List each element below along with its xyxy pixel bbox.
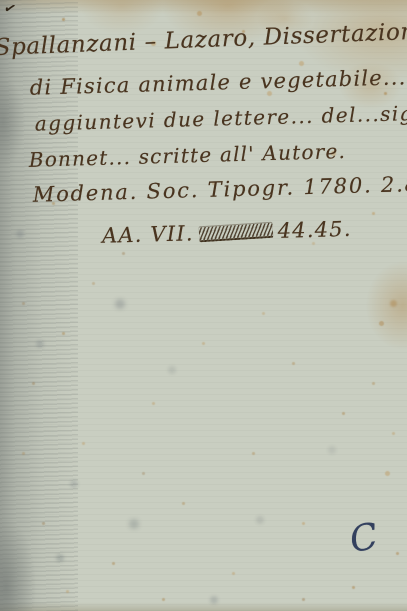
manuscript-page: ✓ Spallanzani – Lazaro, Dissertazioni; d…	[0, 0, 407, 611]
entry-imprint-line: Modena. Soc. Tipogr. 1780. 2.8:	[33, 172, 407, 207]
entry-title-line-4: Bonnet... scritte all' Autore.	[29, 139, 347, 172]
gray-smudges	[0, 0, 4, 4]
shelfmark-prefix: AA. VII.	[102, 221, 194, 248]
entry-author-title-line: Spallanzani – Lazaro, Dissertazioni;	[0, 18, 407, 61]
shelfmark-line: AA. VII.44.45.	[102, 217, 352, 248]
struck-out-shelfmark	[198, 223, 273, 243]
entry-title-line-3: aggiuntevi due lettere... del...sig.	[35, 101, 407, 136]
shelfmark-suffix: 44.45.	[277, 217, 352, 243]
handwritten-text-block: Spallanzani – Lazaro, Dissertazioni; di …	[0, 0, 407, 611]
entry-title-line-2: di Fisica animale e vegetabile....;	[30, 65, 407, 100]
